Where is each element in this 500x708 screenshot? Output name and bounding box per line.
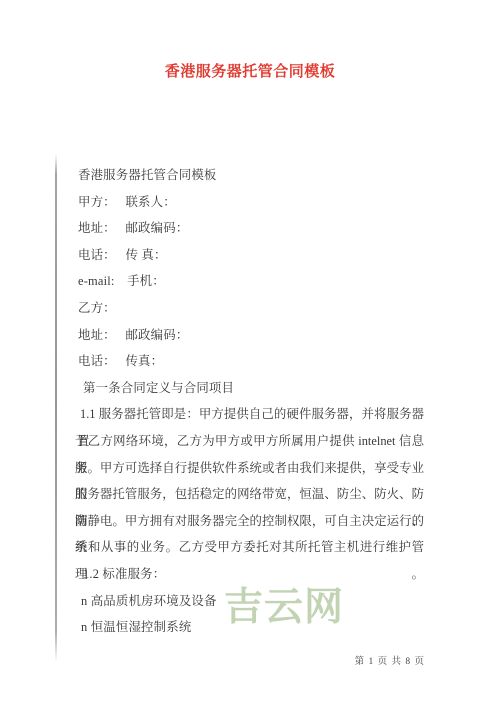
page-title: 香港服务器托管合同模板 <box>0 63 500 82</box>
document-page: 香港服务器托管合同模板 香港服务器托管合同模板甲方： 联系人：地址： 邮政编码：… <box>0 0 500 708</box>
text-line: 防静电。甲方拥有对服务器完全的控制权限，可自主决定运行的系 <box>75 508 424 535</box>
text-line: 地址： 邮政编码： <box>77 215 424 242</box>
text-line: 电话： 传真： <box>77 348 424 375</box>
text-line: 服务器托管服务，包括稳定的网络带宽，恒温、防尘、防火、防潮、 <box>75 481 424 508</box>
text-line: 第一条合同定义与合同项目 <box>77 375 424 402</box>
scan-edge-artifact <box>55 154 57 662</box>
page-footer: 第 1 页 共 8 页 <box>355 655 425 669</box>
text-line: 于乙方网络环境，乙方为甲方或甲方所属用户提供 intelnet 信息服 <box>75 428 424 455</box>
text-line: 务。甲方可选择自行提供软件系统或者由我们来提供，享受专业的 <box>75 455 424 482</box>
document-body: 香港服务器托管合同模板甲方： 联系人：地址： 邮政编码：电话： 传 真：e-ma… <box>77 162 424 641</box>
text-line: 电话： 传 真： <box>77 242 424 269</box>
text-line: 乙方： <box>77 295 424 322</box>
text-line: 统和从事的业务。乙方受甲方委托对其所托管主机进行维护管理。 <box>75 534 424 561</box>
text-line: e-mail: 手机： <box>77 268 424 295</box>
text-line: 1.1 服务器托管即是：甲方提供自己的硬件服务器，并将服务器置 <box>77 401 424 428</box>
text-line: 地址： 邮政编码： <box>77 322 424 349</box>
text-line: 香港服务器托管合同模板 <box>77 162 424 189</box>
watermark-logo: 吉云网 <box>224 586 344 630</box>
text-line: 甲方： 联系人： <box>77 189 424 216</box>
